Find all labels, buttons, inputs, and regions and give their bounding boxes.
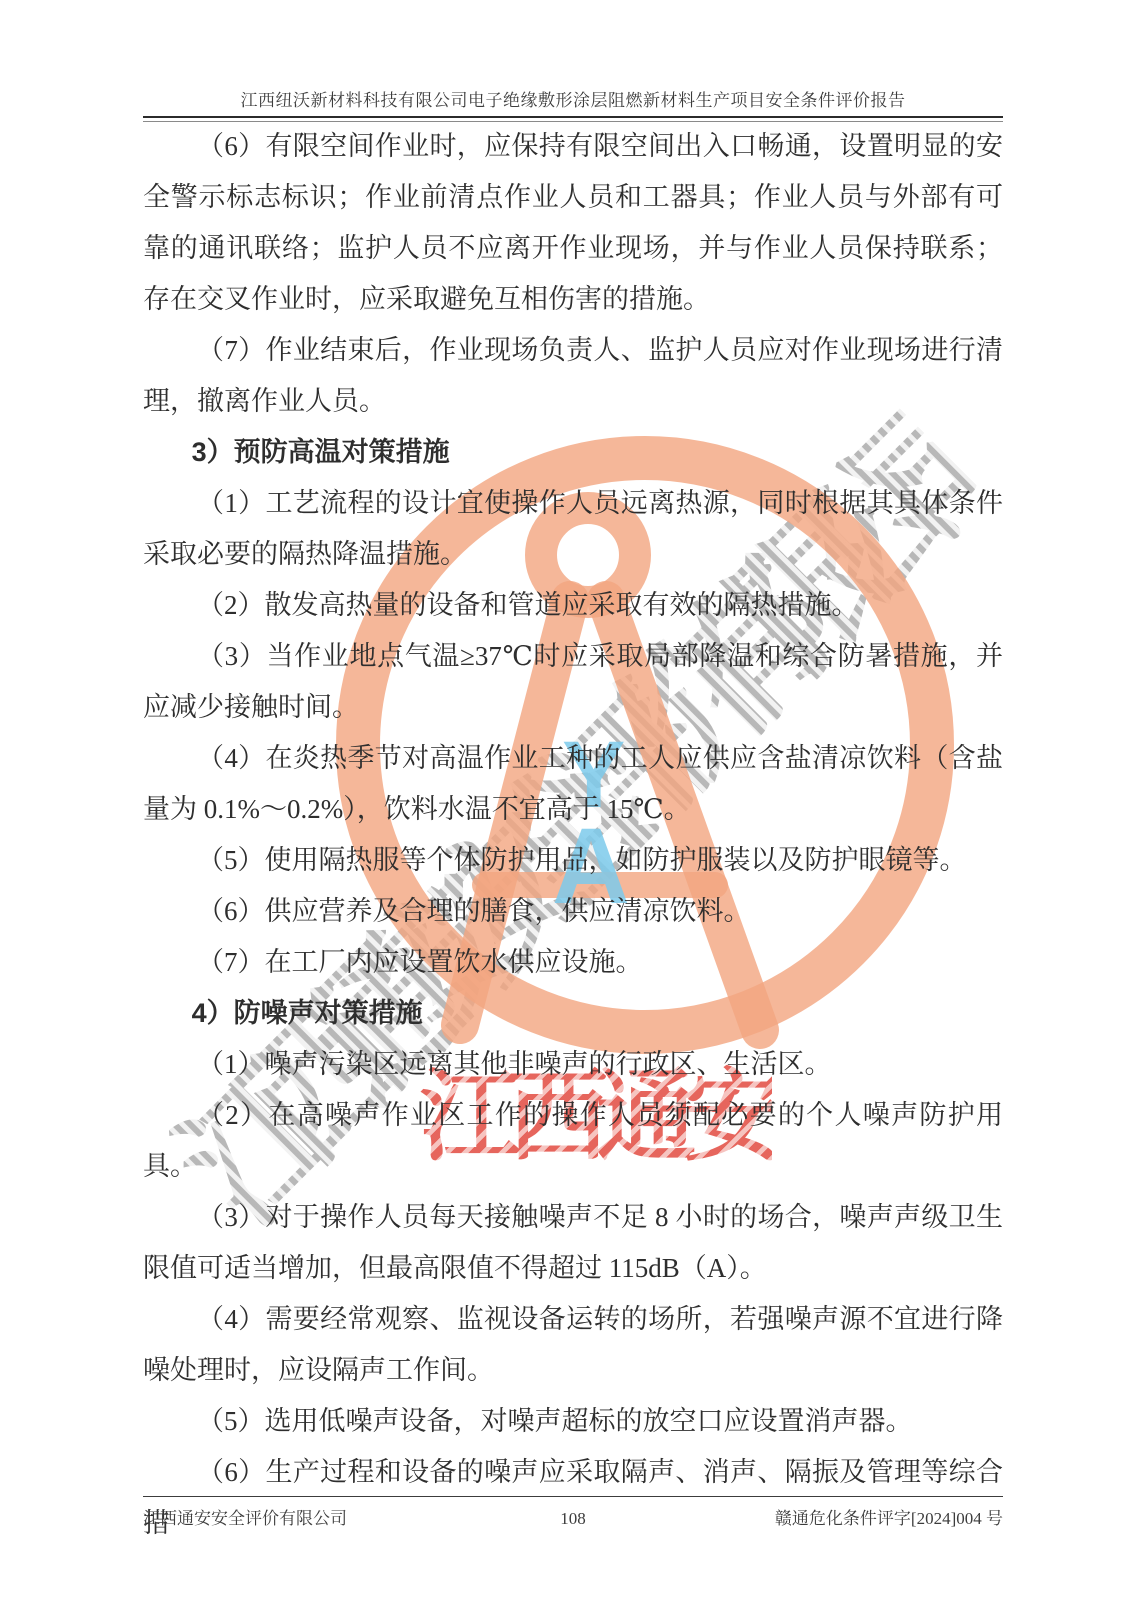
paragraph: （7）在工厂内应设置饮水供应设施。 [143,937,1003,988]
section-heading: 4）防噪声对策措施 [143,988,1003,1039]
paragraph: （5）选用低噪声设备，对噪声超标的放空口应设置消声器。 [143,1396,1003,1447]
paragraph: （1）工艺流程的设计宜使操作人员远离热源，同时根据其具体条件采取必要的隔热降温措… [143,478,1003,580]
paragraph: （3）当作业地点气温≥37℃时应采取局部降温和综合防暑措施，并应减少接触时间。 [143,631,1003,733]
section-heading: 3）预防高温对策措施 [143,427,1003,478]
page-number: 108 [560,1509,586,1529]
header-rule-thick [143,116,1003,118]
paragraph: （7）作业结束后，作业现场负责人、监护人员应对作业现场进行清理，撤离作业人员。 [143,325,1003,427]
page-header: 江西纽沃新材料科技有限公司电子绝缘敷形涂层阻燃新材料生产项目安全条件评价报告 [143,86,1003,122]
paragraph: （3）对于操作人员每天接触噪声不足 8 小时的场合，噪声声级卫生限值可适当增加，… [143,1192,1003,1294]
paragraph: （4）需要经常观察、监视设备运转的场所，若强噪声源不宜进行降噪处理时，应设隔声工… [143,1294,1003,1396]
paragraph: （1）噪声污染区远离其他非噪声的行政区、生活区。 [143,1039,1003,1090]
paragraph: （2）在高噪声作业区工作的操作人员须配必要的个人噪声防护用具。 [143,1090,1003,1192]
document-page: 江西通安安全评价有限公司 Y A 江西通安 江西纽沃新材料科技有限公司电子绝缘敷… [0,0,1131,1600]
paragraph: （5）使用隔热服等个体防护用品，如防护服装以及防护眼镜等。 [143,835,1003,886]
paragraph: （6）供应营养及合理的膳食，供应清凉饮料。 [143,886,1003,937]
document-body: （6）有限空间作业时，应保持有限空间出入口畅通，设置明显的安全警示标志标识；作业… [143,121,1003,1549]
footer-doc-number: 赣通危化条件评字[2024]004 号 [586,1504,1003,1529]
page-footer: 江西通安安全评价有限公司 108 赣通危化条件评字[2024]004 号 [143,1496,1003,1529]
paragraph: （2）散发高热量的设备和管道应采取有效的隔热措施。 [143,580,1003,631]
footer-company: 江西通安安全评价有限公司 [143,1504,560,1529]
paragraph: （6）有限空间作业时，应保持有限空间出入口畅通，设置明显的安全警示标志标识；作业… [143,121,1003,325]
report-title: 江西纽沃新材料科技有限公司电子绝缘敷形涂层阻燃新材料生产项目安全条件评价报告 [143,86,1003,111]
paragraph: （4）在炎热季节对高温作业工种的工人应供应含盐清凉饮料（含盐量为 0.1%～0.… [143,733,1003,835]
